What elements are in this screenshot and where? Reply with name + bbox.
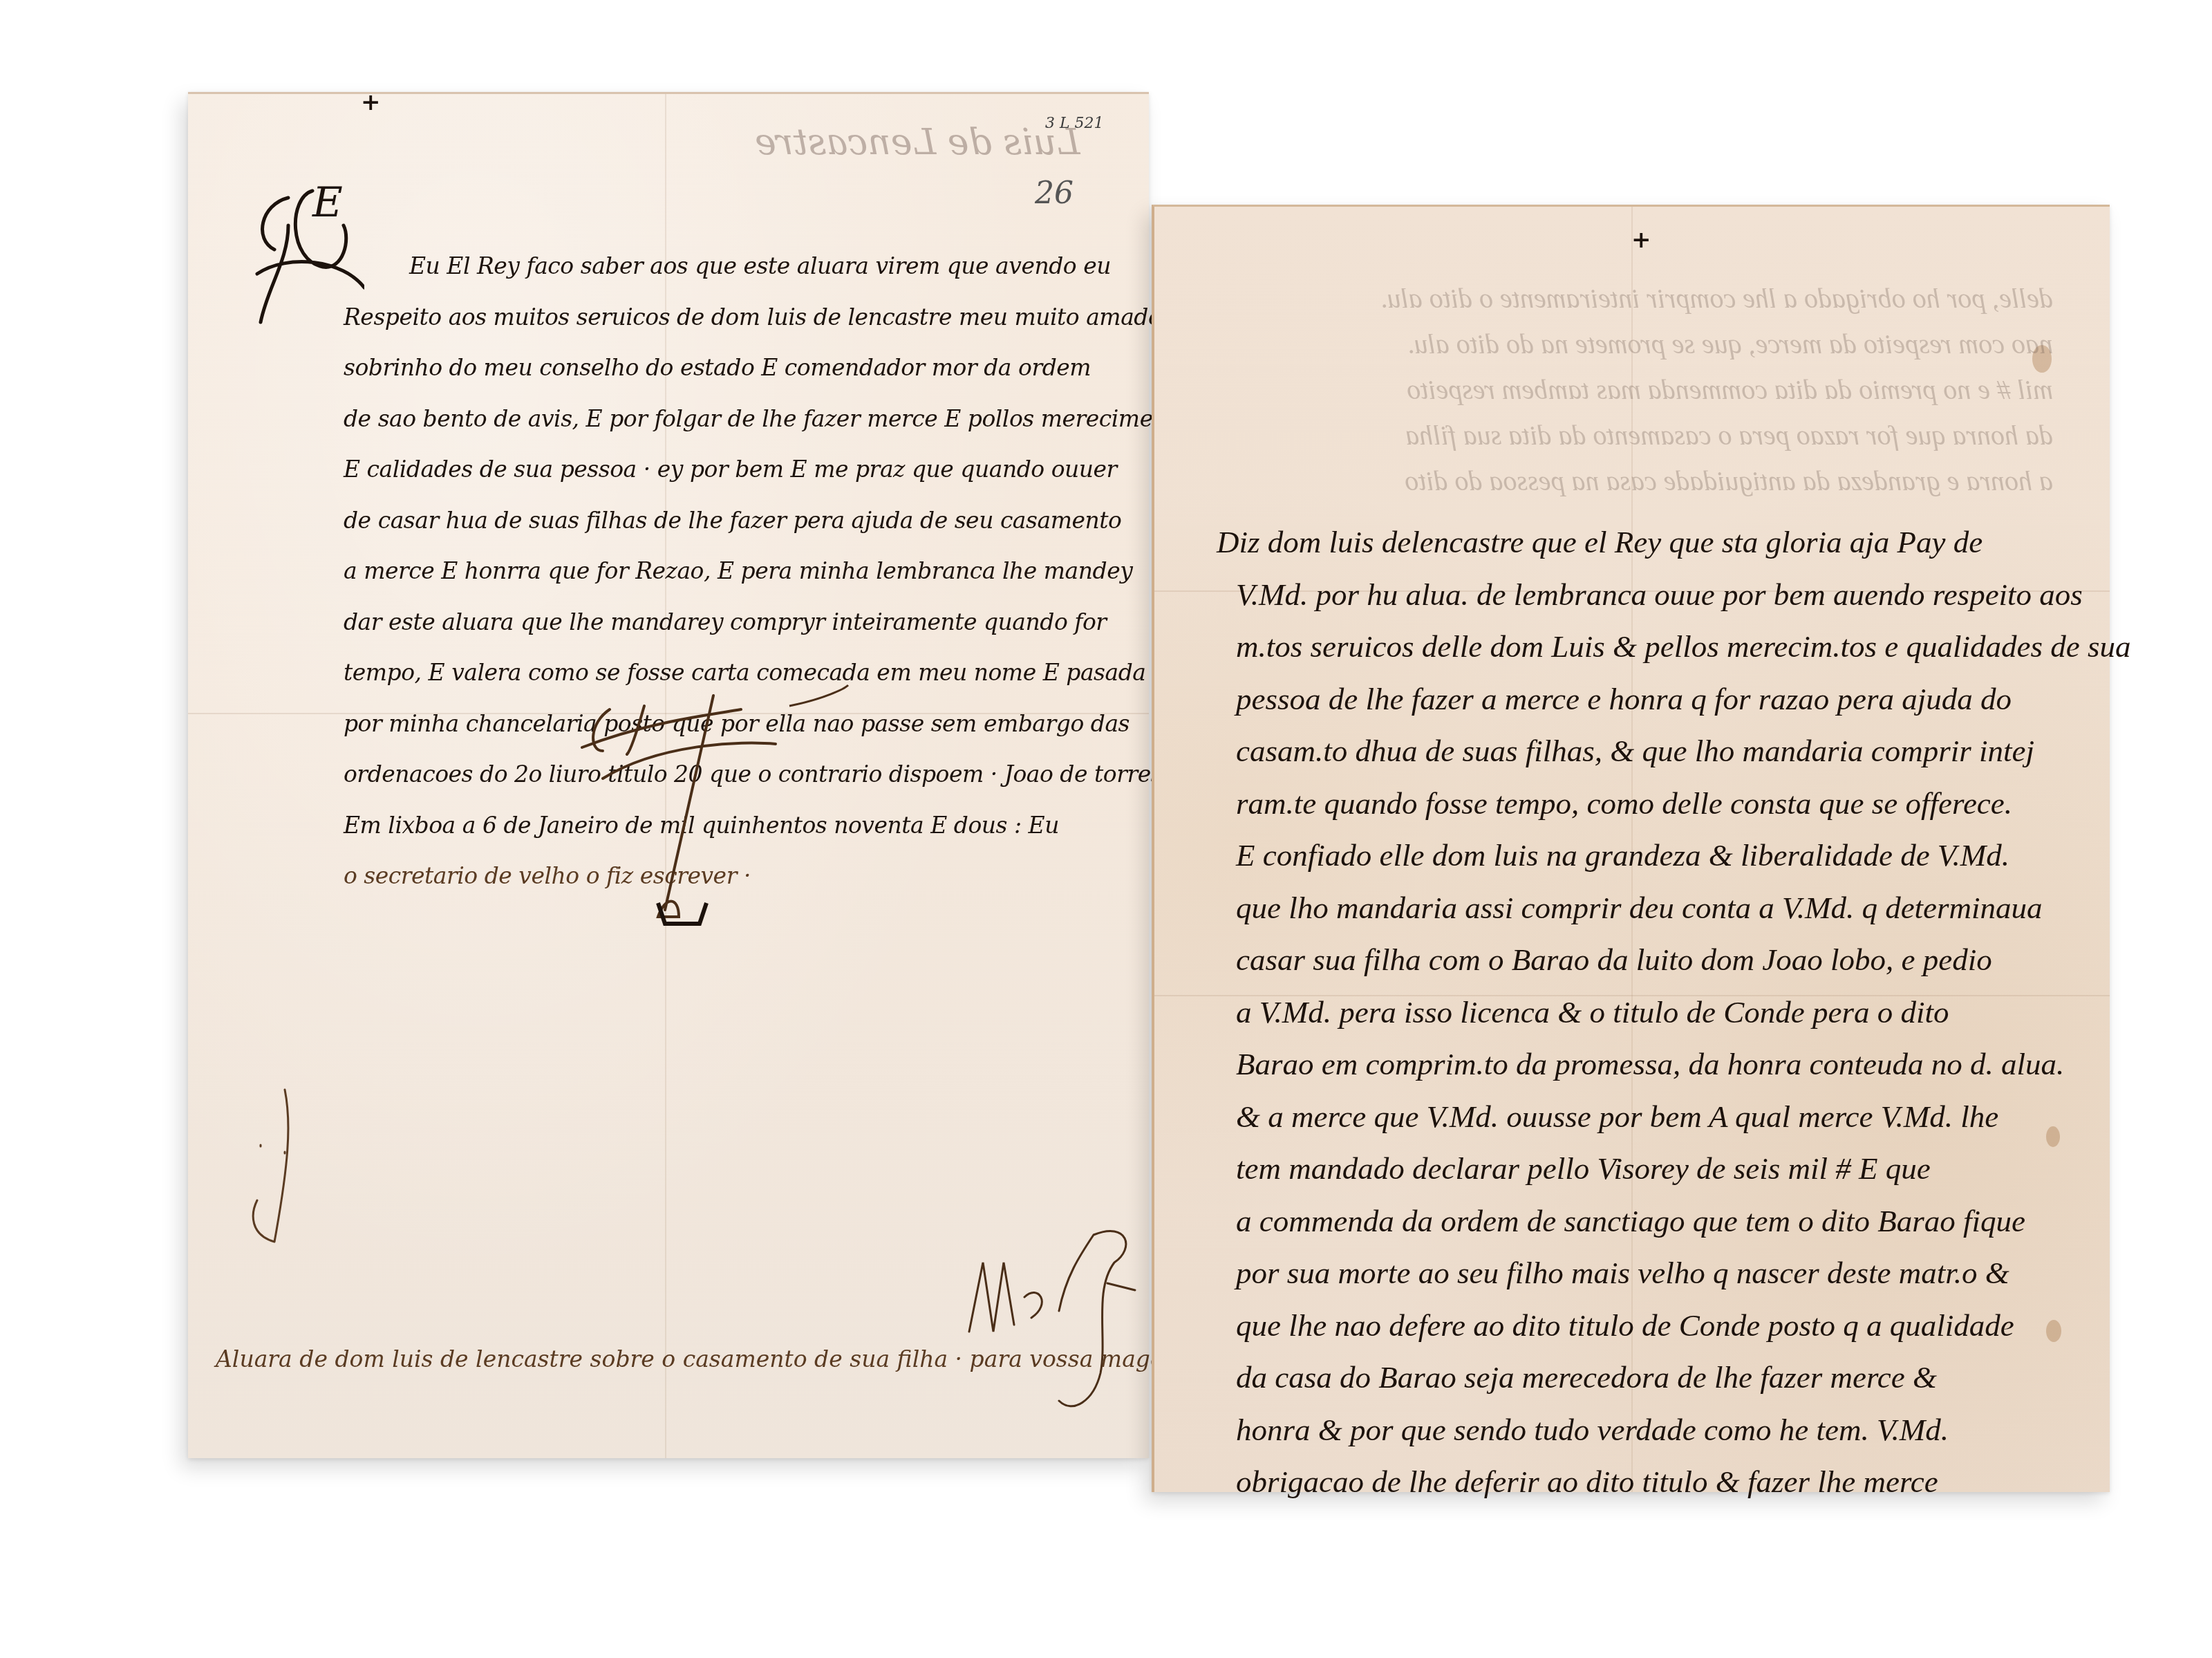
archive-pencil-reference: 3 L 521 [1045, 115, 1104, 132]
text-line: dar este aluara que lhe mandarey compryr… [344, 597, 1221, 648]
text-line: sobrinho do meu conselho do estado E com… [344, 342, 1221, 393]
text-line: da casa do Barao seja merecedora de lhe … [1217, 1352, 2115, 1404]
text-line: E confiado elle dom luis na grandeza & l… [1217, 830, 2115, 882]
text-line: E calidades de sua pessoa · ey por bem E… [344, 444, 1221, 495]
text-line: Diz dom luis delencastre que el Rey que … [1217, 516, 2115, 569]
secretary-signature-icon [955, 1193, 1142, 1442]
text-line: de casar hua de suas filhas de lhe fazer… [344, 495, 1221, 546]
text-line: & a merce que V.Md. ouusse por bem A qua… [1217, 1091, 2115, 1144]
bleed-line: da honra que for razao pera o casamento … [1258, 413, 2053, 458]
right-manuscript-page: + delle, por ho obrigado a lhe comprir i… [1152, 205, 2110, 1492]
text-line: por sua morte ao seu filho mais velho q … [1217, 1247, 2115, 1300]
royal-signature-label: El Rey [769, 692, 771, 693]
petition-text: Diz dom luis delencastre que el Rey que … [1217, 516, 2115, 1509]
text-line: de sao bento de avis, E por folgar de lh… [344, 393, 1221, 445]
registry-mark-icon [243, 1083, 306, 1249]
text-line: Barao em comprim.to da promessa, da honr… [1217, 1038, 2115, 1091]
text-line: a commenda da ordem de sanctiago que tem… [1217, 1195, 2115, 1248]
left-manuscript-page: + Luis de Lencastre 3 L 521 26 E Eu El R… [188, 92, 1149, 1458]
text-line: Eu El Rey faco saber aos que este aluara… [344, 241, 1221, 292]
text-line: casam.to dhua de suas filhas, & que lho … [1217, 725, 2115, 778]
registry-mark-label: f. [257, 1166, 258, 1166]
bleed-line: a honra e grandeza da antiguidade casa n… [1258, 458, 2053, 504]
text-line: que lhe nao defere ao dito titulo de Con… [1217, 1300, 2115, 1352]
bleed-line: nao com respeito da merce, que se promet… [1258, 322, 2053, 367]
text-line: tem mandado declarar pello Visorey de se… [1217, 1143, 2115, 1195]
text-line: Respeito aos muitos seruicos de dom luis… [344, 292, 1221, 343]
text-line: m.tos seruicos delle dom Luis & pellos m… [1217, 621, 2115, 673]
folio-number: 26 [1035, 176, 1074, 211]
bleedthrough-text: delle, por ho obrigado a lhe comprir int… [1258, 276, 2053, 504]
bleed-line: mil # e no premio da dita commenda mas t… [1258, 367, 2053, 413]
top-center-cross-mark: + [1631, 226, 1651, 254]
docket-line: Aluara de dom luis de lencastre sobre o … [216, 1345, 1271, 1372]
secretary-signature-label: Miguel de Moura [1018, 1269, 1024, 1270]
bleed-line: delle, por ho obrigado a lhe comprir int… [1258, 276, 2053, 322]
initial-letter: E [312, 178, 343, 227]
bleedthrough-note: Luis de Lencastre [755, 122, 1080, 163]
text-line: honra & por que sendo tudo verdade como … [1217, 1404, 2115, 1457]
text-line: V.Md. por hu alua. de lembranca ouue por… [1217, 569, 2115, 622]
text-line: obrigacao de lhe deferir ao dito titulo … [1217, 1456, 2115, 1509]
text-line: pessoa de lhe fazer a merce e honra q fo… [1217, 673, 2115, 726]
text-line: a V.Md. pera isso licenca & o titulo de … [1217, 987, 2115, 1039]
text-line: que lho mandaria assi comprir deu conta … [1217, 882, 2115, 935]
text-line: casar sua filha com o Barao da luito dom… [1217, 934, 2115, 987]
top-center-cross-mark: + [361, 89, 381, 116]
royal-signature-icon [561, 668, 852, 972]
text-line: a merce E honrra que for Rezao, E pera m… [344, 546, 1221, 597]
text-line: ram.te quando fosse tempo, como delle co… [1217, 778, 2115, 830]
